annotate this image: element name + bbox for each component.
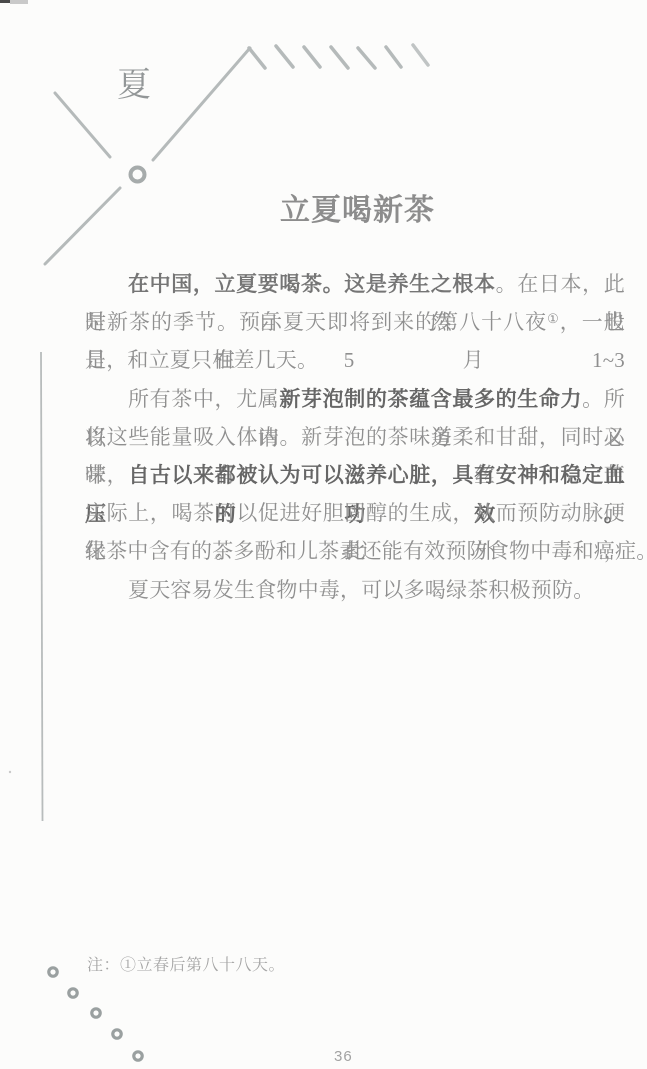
- body-text: 在中国，立夏要喝茶。这是养生之根本。在日本，此时自然也是新茶的季节。预示夏天即将…: [85, 265, 625, 609]
- footnote-reference: ①: [547, 311, 560, 326]
- text-segment: 是新茶的季节。预示夏天即将到来的第八十八夜: [85, 310, 547, 334]
- section-marker: 夏: [117, 68, 151, 102]
- speck-artifact: [9, 771, 11, 773]
- text-segment: 夏天容易发生食物中毒，可以多喝绿茶积极预防。: [128, 578, 594, 602]
- footnote: 注：①立春后第八十八天。: [87, 954, 285, 978]
- page-number: 36: [334, 1048, 353, 1066]
- body-line: 实际上，喝茶可以促进好胆固醇的生成，从而预防动脉硬化。此外，: [85, 494, 625, 532]
- center-ring-icon: [131, 168, 145, 182]
- body-line: 所有茶中，尤属新芽泡制的茶蕴含最多的生命力。所以请务必: [85, 380, 625, 418]
- body-line: 是新茶的季节。预示夏天即将到来的第八十八夜①，一般是在5月1~3: [85, 303, 625, 341]
- book-page: 夏 立夏喝新茶 在中国，立夏要喝茶。这是养生之根本。在日本，此时自然也是新茶的季…: [0, 0, 647, 1069]
- diagonal-line-sw: [45, 188, 120, 264]
- page-title: 立夏喝新茶: [280, 194, 435, 228]
- text-segment: 日，和立夏只相差几天。: [85, 348, 318, 372]
- body-line: 绿茶中含有的茶多酚和儿茶素还能有效预防食物中毒和癌症。: [85, 532, 625, 570]
- left-vertical-rule: [41, 352, 43, 821]
- text-segment: 所有茶中，尤属: [128, 387, 279, 411]
- diagonal-line-nw: [55, 93, 110, 157]
- diagonal-line-ne: [153, 48, 250, 160]
- body-line: 在中国，立夏要喝茶。这是养生之根本。在日本，此时自然也: [85, 265, 625, 303]
- hatch-marks-icon: [249, 45, 428, 68]
- corner-scan-artifact: [0, 0, 28, 4]
- body-line: 夏天容易发生食物中毒，可以多喝绿茶积极预防。: [85, 571, 625, 609]
- body-line: 将这些能量吸入体内。新芽泡的茶味道柔和甘甜，同时又带有一丝苦: [85, 418, 625, 456]
- footnote-rings-icon: [49, 968, 142, 1060]
- text-segment: 新芽泡制的茶蕴含最多的生命力: [279, 388, 582, 411]
- body-line: 味，自古以来都被认为可以滋养心脏，具有安神和稳定血压的功效。: [85, 456, 625, 494]
- text-segment: 在中国，立夏要喝茶。这是养生之根本: [128, 272, 496, 296]
- text-segment: 味，: [85, 463, 128, 487]
- text-segment: 绿茶中含有的茶多酚和儿茶素还能有效预防食物中毒和癌症。: [85, 539, 647, 563]
